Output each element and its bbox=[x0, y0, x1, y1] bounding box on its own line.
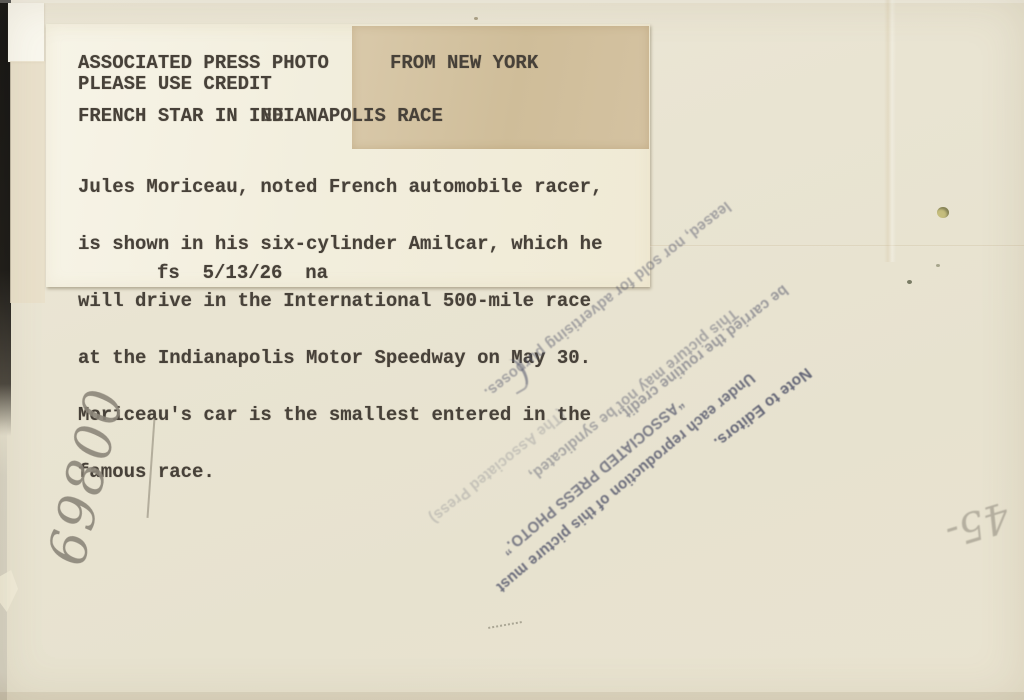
agency-line: ASSOCIATED PRESS PHOTO bbox=[78, 53, 329, 74]
caption-body: Jules Moriceau, noted French automobile … bbox=[78, 141, 603, 519]
body-line: Moriceau's car is the smallest entered i… bbox=[78, 405, 603, 426]
pencil-dash-mark bbox=[488, 621, 522, 629]
bottom-edge-shadow bbox=[0, 692, 1024, 700]
paper-speck bbox=[936, 264, 940, 267]
photo-verso: ASSOCIATED PRESS PHOTO FROM NEW YORK PLE… bbox=[0, 0, 1024, 700]
horizontal-crease bbox=[650, 245, 1024, 247]
paper-tab bbox=[8, 3, 44, 62]
body-line: famous race. bbox=[78, 462, 603, 483]
body-line: is shown in his six-cylinder Amilcar, wh… bbox=[78, 234, 603, 255]
credit-line: PLEASE USE CREDIT bbox=[78, 74, 272, 95]
tape-patch bbox=[352, 26, 649, 149]
paper-stain-speck bbox=[937, 207, 949, 218]
body-line: will drive in the International 500-mile… bbox=[78, 291, 603, 312]
paper-speck bbox=[907, 280, 912, 284]
body-line: Jules Moriceau, noted French automobile … bbox=[78, 177, 603, 198]
edge-chip-mark bbox=[0, 570, 18, 612]
top-edge-highlight bbox=[0, 0, 1024, 3]
vertical-crease bbox=[884, 0, 896, 262]
slug-line: fs 5/13/26 na bbox=[157, 263, 328, 284]
tape-remnant-strip bbox=[10, 61, 45, 303]
paper-edge-strip bbox=[0, 420, 7, 700]
origin-line: FROM NEW YORK bbox=[390, 53, 538, 74]
paper-speck bbox=[474, 17, 478, 20]
caption-label: ASSOCIATED PRESS PHOTO FROM NEW YORK PLE… bbox=[46, 24, 650, 287]
corner-number-handwriting: 45- bbox=[918, 474, 1024, 561]
headline-overstrike: EE bbox=[261, 106, 284, 127]
